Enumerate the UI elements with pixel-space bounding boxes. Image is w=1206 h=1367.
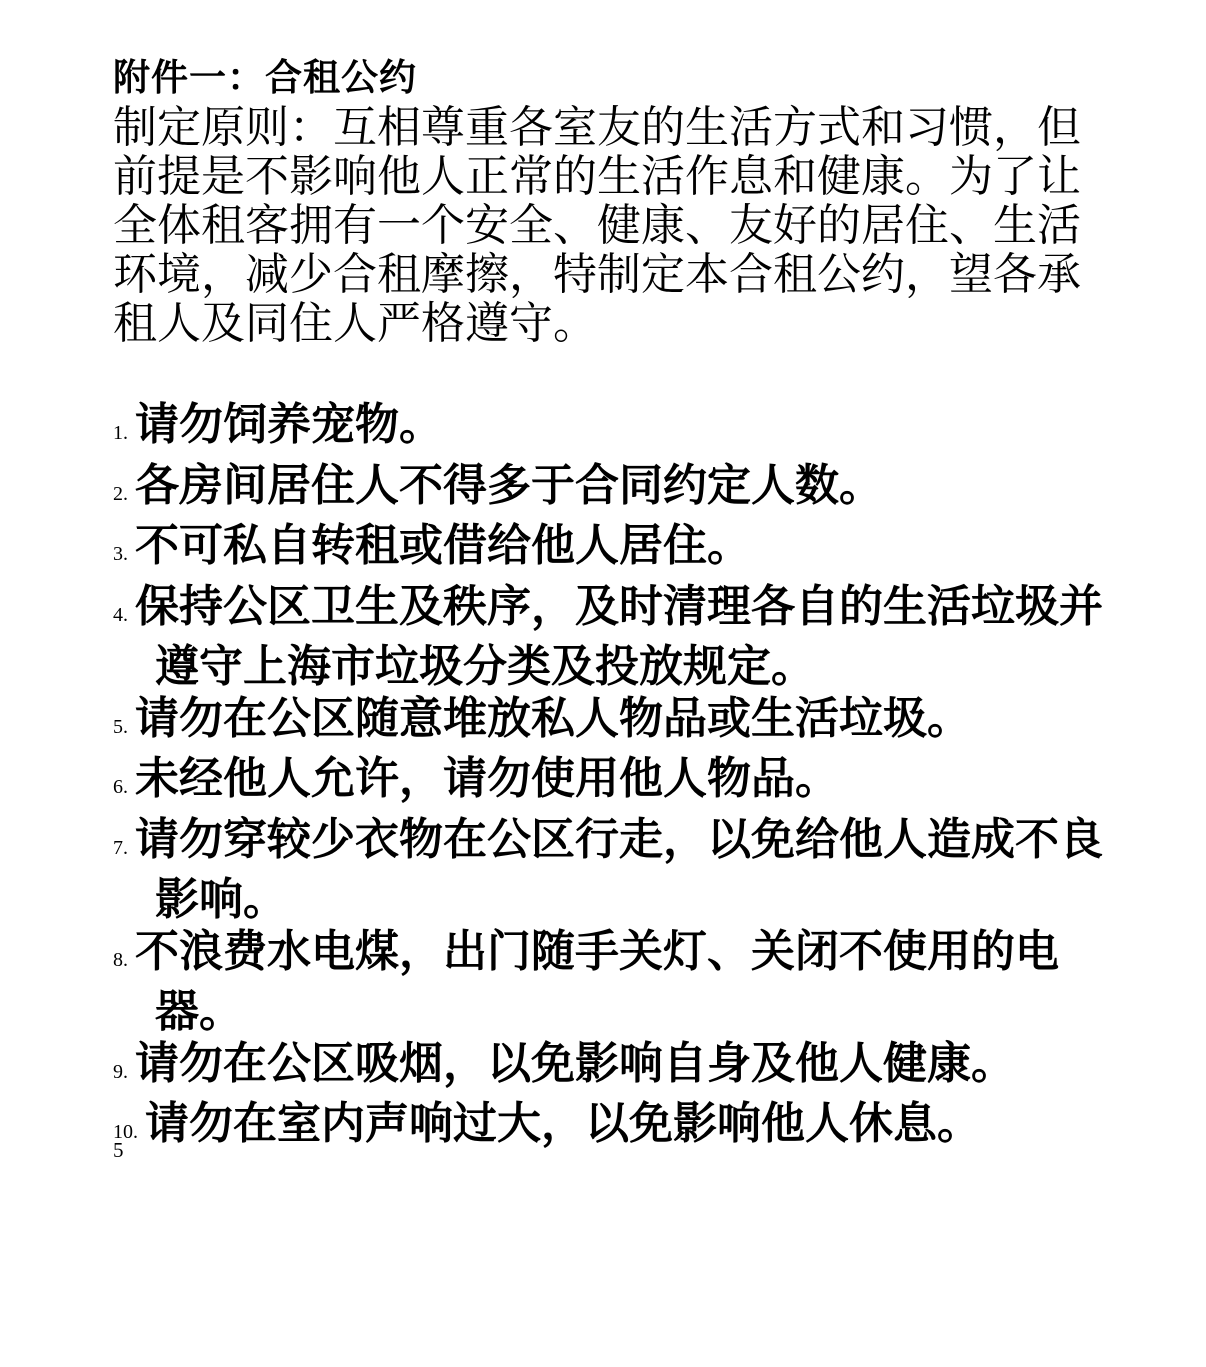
preamble-line: 全体租客拥有一个安全、健康、友好的居住、生活 xyxy=(113,201,1081,250)
rule-number: 8. xyxy=(113,949,128,971)
rule-item-9: 9.请勿在公区吸烟，以免影响自身及他人健康。 xyxy=(113,1038,1103,1099)
preamble-line: 环境，减少合租摩擦，特制定本合租公约，望各承 xyxy=(113,250,1081,299)
rule-text: 遵守上海市垃圾分类及投放规定。 xyxy=(155,642,815,691)
rule-text: 请勿穿较少衣物在公区行走，以免给他人造成不良 xyxy=(135,815,1103,864)
rule-number: 9. xyxy=(113,1061,128,1083)
rule-text: 影响。 xyxy=(155,875,287,924)
preamble-paragraph: 制定原则：互相尊重各室友的生活方式和习惯，但 前提是不影响他人正常的生活作息和健… xyxy=(113,103,1081,348)
rule-number: 7. xyxy=(113,837,128,859)
rule-number: 3. xyxy=(113,543,128,565)
document-page: 附件一：合租公约 制定原则：互相尊重各室友的生活方式和习惯，但 前提是不影响他人… xyxy=(0,0,1206,1367)
rule-text: 请勿在室内声响过大，以免影响他人休息。 xyxy=(145,1099,981,1148)
rule-item-1: 1.请勿饲养宠物。 xyxy=(113,399,1103,460)
rule-text: 未经他人允许，请勿使用他人物品。 xyxy=(135,754,839,803)
rule-text: 请勿饲养宠物。 xyxy=(135,400,443,449)
preamble-line: 前提是不影响他人正常的生活作息和健康。为了让 xyxy=(113,152,1081,201)
rule-number: 1. xyxy=(113,422,128,444)
rule-item-7: 7.请勿穿较少衣物在公区行走，以免给他人造成不良 xyxy=(113,814,1103,875)
rule-text: 请勿在公区吸烟，以免影响自身及他人健康。 xyxy=(135,1039,1015,1088)
rule-item-4: 4.保持公区卫生及秩序，及时清理各自的生活垃圾并 xyxy=(113,581,1103,642)
rule-text: 不浪费水电煤，出门随手关灯、关闭不使用的电 xyxy=(135,927,1059,976)
rule-text: 保持公区卫生及秩序，及时清理各自的生活垃圾并 xyxy=(135,582,1103,631)
page-number: 5 xyxy=(113,1138,124,1163)
rule-text: 器。 xyxy=(155,987,243,1036)
rule-number: 6. xyxy=(113,776,128,798)
rule-item-2: 2.各房间居住人不得多于合同约定人数。 xyxy=(113,460,1103,521)
attachment-title: 附件一：合租公约 xyxy=(113,56,417,100)
rule-number: 5. xyxy=(113,716,128,738)
preamble-line: 租人及同住人严格遵守。 xyxy=(113,299,1081,348)
rule-text: 请勿在公区随意堆放私人物品或生活垃圾。 xyxy=(135,694,971,743)
rule-item-3: 3.不可私自转租或借给他人居住。 xyxy=(113,520,1103,581)
rule-text: 各房间居住人不得多于合同约定人数。 xyxy=(135,461,883,510)
rule-item-5: 5.请勿在公区随意堆放私人物品或生活垃圾。 xyxy=(113,693,1103,754)
rules-list: 1.请勿饲养宠物。 2.各房间居住人不得多于合同约定人数。 3.不可私自转租或借… xyxy=(113,399,1103,1159)
rule-number: 2. xyxy=(113,483,128,505)
rule-item-10: 10.请勿在室内声响过大，以免影响他人休息。 xyxy=(113,1098,1103,1159)
preamble-line: 制定原则：互相尊重各室友的生活方式和习惯，但 xyxy=(113,103,1081,152)
rule-item-8: 8.不浪费水电煤，出门随手关灯、关闭不使用的电 xyxy=(113,926,1103,987)
rule-number: 4. xyxy=(113,604,128,626)
rule-text: 不可私自转租或借给他人居住。 xyxy=(135,521,751,570)
rule-item-8-continuation: 器。 xyxy=(113,986,1103,1038)
rule-item-7-continuation: 影响。 xyxy=(113,874,1103,926)
rule-item-6: 6.未经他人允许，请勿使用他人物品。 xyxy=(113,753,1103,814)
rule-item-4-continuation: 遵守上海市垃圾分类及投放规定。 xyxy=(113,641,1103,693)
